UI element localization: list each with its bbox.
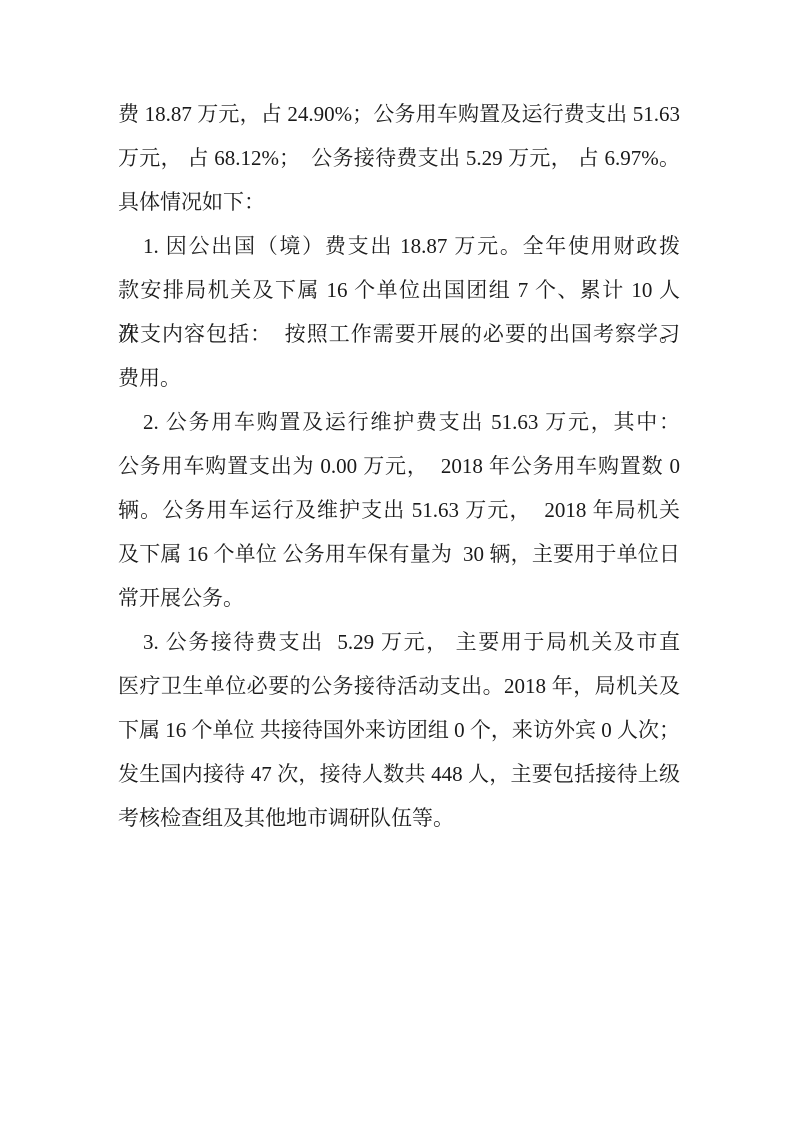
text-line: 医疗卫生单位必要的公务接待活动支出。2018 年，局机关及 xyxy=(118,664,680,708)
text-line: 公务用车购置支出为 0.00 万元， 2018 年公务用车购置数 0 xyxy=(118,444,680,488)
text-line: 开支内容包括： 按照工作需要开展的必要的出国考察学习 xyxy=(118,312,680,356)
text-line: 及下属 16 个单位 公务用车保有量为 30 辆，主要用于单位日 xyxy=(118,532,680,576)
text-line: 具体情况如下： xyxy=(118,180,680,224)
text-line: 款安排局机关及下属 16 个单位出国团组 7 个、累计 10 人次。 xyxy=(118,268,680,312)
paragraph: 3. 公务接待费支出 5.29 万元， 主要用于局机关及市直医疗卫生单位必要的公… xyxy=(118,620,680,840)
text-line: 费用。 xyxy=(118,356,680,400)
text-line: 1. 因公出国（境）费支出 18.87 万元。全年使用财政拨 xyxy=(118,224,680,268)
text-line: 常开展公务。 xyxy=(118,576,680,620)
paragraph: 2. 公务用车购置及运行维护费支出 51.63 万元，其中：公务用车购置支出为 … xyxy=(118,400,680,620)
text-line: 费 18.87 万元，占 24.90%；公务用车购置及运行费支出 51.63 xyxy=(118,92,680,136)
document-page: 费 18.87 万元，占 24.90%；公务用车购置及运行费支出 51.63万元… xyxy=(0,0,800,1131)
text-line: 辆。公务用车运行及维护支出 51.63 万元， 2018 年局机关 xyxy=(118,488,680,532)
text-line: 考核检查组及其他地市调研队伍等。 xyxy=(118,796,680,840)
document-body: 费 18.87 万元，占 24.90%；公务用车购置及运行费支出 51.63万元… xyxy=(118,92,680,840)
paragraph: 费 18.87 万元，占 24.90%；公务用车购置及运行费支出 51.63万元… xyxy=(118,92,680,224)
text-line: 下属 16 个单位 共接待国外来访团组 0 个，来访外宾 0 人次； xyxy=(118,708,680,752)
text-line: 3. 公务接待费支出 5.29 万元， 主要用于局机关及市直 xyxy=(118,620,680,664)
text-line: 万元， 占 68.12%； 公务接待费支出 5.29 万元， 占 6.97%。 xyxy=(118,136,680,180)
text-line: 发生国内接待 47 次，接待人数共 448 人，主要包括接待上级 xyxy=(118,752,680,796)
text-line: 2. 公务用车购置及运行维护费支出 51.63 万元，其中： xyxy=(118,400,680,444)
paragraph: 1. 因公出国（境）费支出 18.87 万元。全年使用财政拨款安排局机关及下属 … xyxy=(118,224,680,400)
